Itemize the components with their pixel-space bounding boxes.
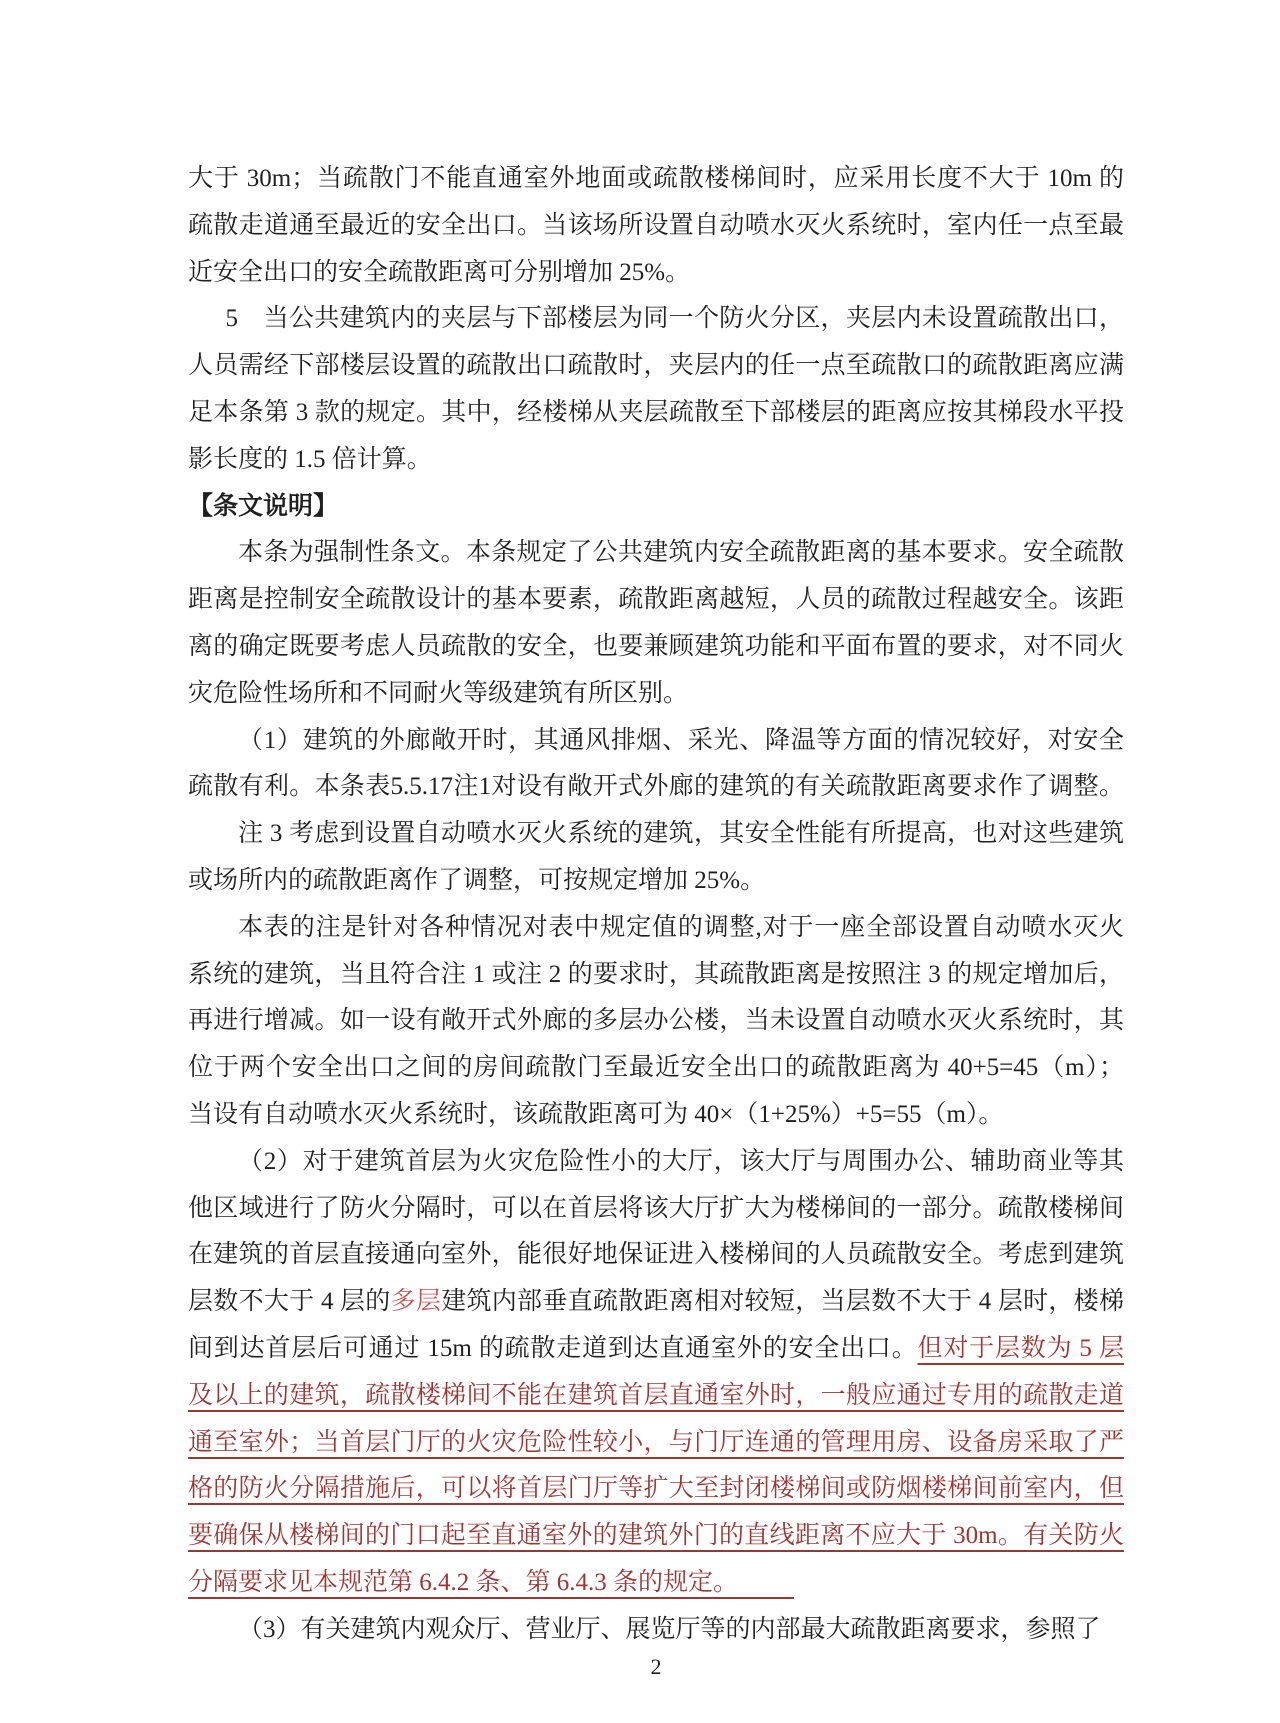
text-line: 当设有自动喷水灭火系统时，该疏散距离可为 40×（1+25%）+5=55（m）。 bbox=[188, 1092, 1124, 1139]
text-line: 【条文说明】 bbox=[188, 484, 1124, 531]
body-text: 疏散走道通至最近的安全出口。当该场所设置自动喷水灭火系统时，室内任一点至最 bbox=[188, 212, 1124, 239]
body-text: 本条为强制性条文。本条规定了公共建筑内安全疏散距离的基本要求。安全疏散 bbox=[238, 539, 1124, 566]
body-text: 或场所内的疏散距离作了调整，可按规定增加 25%。 bbox=[188, 867, 765, 894]
body-text: 大于 30m；当疏散门不能直通室外地面或疏散楼梯间时，应采用长度不大于 10m … bbox=[188, 165, 1124, 192]
text-line: 间到达首层后可通过 15m 的疏散走道到达直通室外的安全出口。但对于层数为 5 … bbox=[188, 1326, 1124, 1373]
text-line: 层数不大于 4 层的多层建筑内部垂直疏散距离相对较短，当层数不大于 4 层时，楼… bbox=[188, 1279, 1124, 1326]
text-line: 近安全出口的安全疏散距离可分别增加 25%。 bbox=[188, 250, 1124, 297]
text-line: 他区域进行了防火分隔时，可以在首层将该大厅扩大为楼梯间的一部分。疏散楼梯间 bbox=[188, 1186, 1124, 1233]
text-line: 注 3 考虑到设置自动喷水灭火系统的建筑，其安全性能有所提高，也对这些建筑 bbox=[188, 811, 1124, 858]
page-number: 2 bbox=[188, 1652, 1124, 1682]
body-text: 5 当公共建筑内的夹层与下部楼层为同一个防火分区，夹层内未设置疏散出口， bbox=[226, 305, 1125, 332]
text-line: 疏散走道通至最近的安全出口。当该场所设置自动喷水灭火系统时，室内任一点至最 bbox=[188, 203, 1124, 250]
text-line: 本表的注是针对各种情况对表中规定值的调整,对于一座全部设置自动喷水灭火 bbox=[188, 905, 1124, 952]
body-text: 位于两个安全出口之间的房间疏散门至最近安全出口的疏散距离为 40+5=45（m）… bbox=[188, 1054, 1124, 1081]
revision-underlined-text: 要确保从楼梯间的门口起至直通室外的建筑外门的直线距离不应大于 30m。有关防火 bbox=[188, 1522, 1124, 1549]
text-line: 分隔要求见本规范第 6.4.2 条、第 6.4.3 条的规定。 bbox=[188, 1560, 1124, 1607]
body-text: 足本条第 3 款的规定。其中，经楼梯从夹层疏散至下部楼层的距离应按其梯段水平投 bbox=[188, 399, 1124, 426]
body-text: 间到达首层后可通过 15m 的疏散走道到达直通室外的安全出口。 bbox=[188, 1335, 918, 1362]
revision-underlined-text: 但对于层数为 5 层 bbox=[918, 1335, 1124, 1362]
text-line: 疏散有利。本条表5.5.17注1对设有敞开式外廊的建筑的有关疏散距离要求作了调整… bbox=[188, 764, 1124, 811]
text-line: 离的确定既要考虑人员疏散的安全，也要兼顾建筑功能和平面布置的要求，对不同火 bbox=[188, 624, 1124, 671]
text-line: 5 当公共建筑内的夹层与下部楼层为同一个防火分区，夹层内未设置疏散出口， bbox=[188, 296, 1124, 343]
body-text: 当设有自动喷水灭火系统时，该疏散距离可为 40×（1+25%）+5=55（m）。 bbox=[188, 1101, 1003, 1128]
text-line: 及以上的建筑，疏散楼梯间不能在建筑首层直通室外时，一般应通过专用的疏散走道 bbox=[188, 1373, 1124, 1420]
body-text: （2）对于建筑首层为火灾危险性小的大厅，该大厅与周围办公、辅助商业等其 bbox=[238, 1148, 1124, 1175]
section-heading-text: 【条文说明】 bbox=[188, 493, 338, 520]
revision-underlined-text: 格的防火分隔措施后，可以将首层门厅等扩大至封闭楼梯间或防烟楼梯间前室内，但 bbox=[188, 1475, 1124, 1502]
body-text: 影长度的 1.5 倍计算。 bbox=[188, 446, 432, 473]
revision-underlined-text: 及以上的建筑，疏散楼梯间不能在建筑首层直通室外时，一般应通过专用的疏散走道 bbox=[188, 1382, 1124, 1409]
text-line: 影长度的 1.5 倍计算。 bbox=[188, 437, 1124, 484]
text-line: 足本条第 3 款的规定。其中，经楼梯从夹层疏散至下部楼层的距离应按其梯段水平投 bbox=[188, 390, 1124, 437]
text-line: 在建筑的首层直接通向室外，能很好地保证进入楼梯间的人员疏散安全。考虑到建筑 bbox=[188, 1232, 1124, 1279]
text-line: 人员需经下部楼层设置的疏散出口疏散时，夹层内的任一点至疏散口的疏散距离应满 bbox=[188, 343, 1124, 390]
revision-red-text: 多层 bbox=[391, 1288, 442, 1315]
body-text: 离的确定既要考虑人员疏散的安全，也要兼顾建筑功能和平面布置的要求，对不同火 bbox=[188, 633, 1124, 660]
body-text: 系统的建筑，当且符合注 1 或注 2 的要求时，其疏散距离是按照注 3 的规定增… bbox=[188, 961, 1124, 988]
text-line: 通至室外；当首层门厅的火灾危险性较小，与门厅连通的管理用房、设备房采取了严 bbox=[188, 1420, 1124, 1467]
body-text: （1）建筑的外廊敞开时，其通风排烟、采光、降温等方面的情况较好，对安全 bbox=[238, 727, 1124, 754]
document-page: 大于 30m；当疏散门不能直通室外地面或疏散楼梯间时，应采用长度不大于 10m … bbox=[0, 0, 1280, 1723]
text-line: 大于 30m；当疏散门不能直通室外地面或疏散楼梯间时，应采用长度不大于 10m … bbox=[188, 156, 1124, 203]
text-line: （3）有关建筑内观众厅、营业厅、展览厅等的内部最大疏散距离要求，参照了 bbox=[188, 1607, 1124, 1654]
body-text: 层数不大于 4 层的 bbox=[188, 1288, 391, 1315]
body-text: 再进行增减。如一设有敞开式外廊的多层办公楼，当未设置自动喷水灭火系统时，其 bbox=[188, 1007, 1124, 1034]
body-text: 本表的注是针对各种情况对表中规定值的调整,对于一座全部设置自动喷水灭火 bbox=[238, 914, 1124, 941]
text-line: （1）建筑的外廊敞开时，其通风排烟、采光、降温等方面的情况较好，对安全 bbox=[188, 718, 1124, 765]
revision-underlined-text: 分隔要求见本规范第 6.4.2 条、第 6.4.3 条的规定。 bbox=[188, 1569, 794, 1596]
text-line: 位于两个安全出口之间的房间疏散门至最近安全出口的疏散距离为 40+5=45（m）… bbox=[188, 1045, 1124, 1092]
body-text: 注 3 考虑到设置自动喷水灭火系统的建筑，其安全性能有所提高，也对这些建筑 bbox=[238, 820, 1124, 847]
body-text: 距离是控制安全疏散设计的基本要素，疏散距离越短，人员的疏散过程越安全。该距 bbox=[188, 586, 1124, 613]
text-line: 距离是控制安全疏散设计的基本要素，疏散距离越短，人员的疏散过程越安全。该距 bbox=[188, 577, 1124, 624]
body-text: 他区域进行了防火分隔时，可以在首层将该大厅扩大为楼梯间的一部分。疏散楼梯间 bbox=[188, 1195, 1124, 1222]
text-line: 系统的建筑，当且符合注 1 或注 2 的要求时，其疏散距离是按照注 3 的规定增… bbox=[188, 952, 1124, 999]
body-text: 人员需经下部楼层设置的疏散出口疏散时，夹层内的任一点至疏散口的疏散距离应满 bbox=[188, 352, 1124, 379]
document-body: 大于 30m；当疏散门不能直通室外地面或疏散楼梯间时，应采用长度不大于 10m … bbox=[188, 156, 1124, 1654]
body-text: 灾危险性场所和不同耐火等级建筑有所区别。 bbox=[188, 680, 688, 707]
body-text: 在建筑的首层直接通向室外，能很好地保证进入楼梯间的人员疏散安全。考虑到建筑 bbox=[188, 1241, 1124, 1268]
text-line: 格的防火分隔措施后，可以将首层门厅等扩大至封闭楼梯间或防烟楼梯间前室内，但 bbox=[188, 1466, 1124, 1513]
text-line: 再进行增减。如一设有敞开式外廊的多层办公楼，当未设置自动喷水灭火系统时，其 bbox=[188, 998, 1124, 1045]
body-text: 疏散有利。本条表5.5.17注1对设有敞开式外廊的建筑的有关疏散距离要求作了调整… bbox=[188, 773, 1124, 800]
body-text: 建筑内部垂直疏散距离相对较短，当层数不大于 4 层时，楼梯 bbox=[441, 1288, 1124, 1315]
text-line: 本条为强制性条文。本条规定了公共建筑内安全疏散距离的基本要求。安全疏散 bbox=[188, 530, 1124, 577]
text-line: 或场所内的疏散距离作了调整，可按规定增加 25%。 bbox=[188, 858, 1124, 905]
revision-underlined-text: 通至室外；当首层门厅的火灾危险性较小，与门厅连通的管理用房、设备房采取了严 bbox=[188, 1429, 1124, 1456]
text-line: 灾危险性场所和不同耐火等级建筑有所区别。 bbox=[188, 671, 1124, 718]
body-text: （3）有关建筑内观众厅、营业厅、展览厅等的内部最大疏散距离要求，参照了 bbox=[238, 1616, 1101, 1643]
text-line: 要确保从楼梯间的门口起至直通室外的建筑外门的直线距离不应大于 30m。有关防火 bbox=[188, 1513, 1124, 1560]
text-line: （2）对于建筑首层为火灾危险性小的大厅，该大厅与周围办公、辅助商业等其 bbox=[188, 1139, 1124, 1186]
body-text: 近安全出口的安全疏散距离可分别增加 25%。 bbox=[188, 259, 690, 286]
